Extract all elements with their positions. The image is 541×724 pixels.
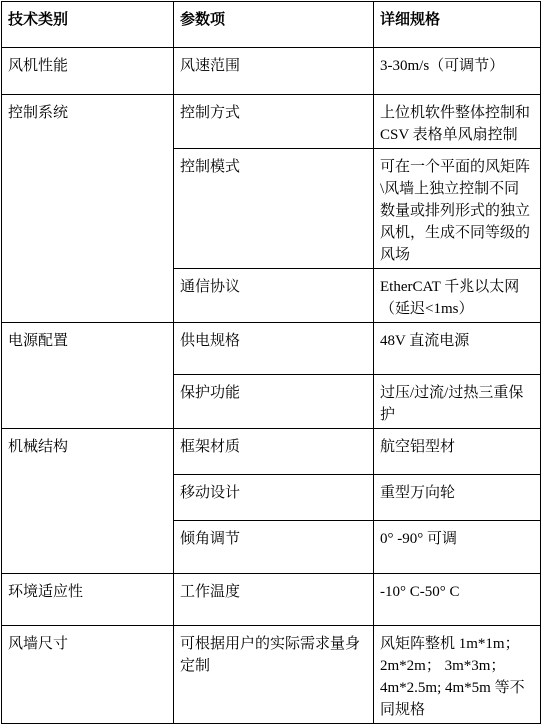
param-cell-communication-protocol: 通信协议 [174,269,374,323]
spec-cell-control-mode: 可在一个平面的风矩阵\风墙上独立控制不同数量或排列形式的独立风机，生成不同等级的… [374,149,541,269]
category-cell-mechanical-structure: 机械结构 [2,429,174,574]
spec-cell-control-method: 上位机软件整体控制和 CSV 表格单风扇控制 [374,95,541,149]
table-row: 机械结构 框架材质 航空铝型材 [2,429,541,475]
document-page: 技术类别 参数项 详细规格 风机性能 风速范围 3-30m/s（可调节） 控制系… [0,0,541,661]
spec-cell-wind-speed-range: 3-30m/s（可调节） [374,48,541,95]
param-cell-customization: 可根据用户的实际需求量身定制 [174,626,374,724]
table-row: 控制系统 控制方式 上位机软件整体控制和 CSV 表格单风扇控制 [2,95,541,149]
param-cell-mobility-design: 移动设计 [174,475,374,521]
spec-cell-tilt-adjustment: 0° -90° 可调 [374,521,541,574]
param-cell-tilt-adjustment: 倾角调节 [174,521,374,574]
param-cell-operating-temperature: 工作温度 [174,574,374,626]
header-cell-spec: 详细规格 [374,2,541,48]
spec-cell-protection-function: 过压/过流/过热三重保护 [374,375,541,429]
param-cell-control-method: 控制方式 [174,95,374,149]
table-row: 电源配置 供电规格 48V 直流电源 [2,323,541,375]
category-cell-control-system: 控制系统 [2,95,174,323]
category-cell-wind-wall-size: 风墙尺寸 [2,626,174,724]
header-cell-parameter: 参数项 [174,2,374,48]
param-cell-protection-function: 保护功能 [174,375,374,429]
table-row: 风机性能 风速范围 3-30m/s（可调节） [2,48,541,95]
table-row: 环境适应性 工作温度 -10° C-50° C [2,574,541,626]
spec-cell-wind-wall-sizes: 风矩阵整机 1m*1m；2m*2m； 3m*3m；4m*2.5m; 4m*5m … [374,626,541,724]
param-cell-control-mode: 控制模式 [174,149,374,269]
category-cell-power-config: 电源配置 [2,323,174,429]
spec-cell-frame-material: 航空铝型材 [374,429,541,475]
spec-cell-communication-protocol: EtherCAT 千兆以太网（延迟<1ms） [374,269,541,323]
param-cell-power-supply-spec: 供电规格 [174,323,374,375]
table-header-row: 技术类别 参数项 详细规格 [2,2,541,48]
spec-cell-power-supply-spec: 48V 直流电源 [374,323,541,375]
spec-cell-operating-temperature: -10° C-50° C [374,574,541,626]
header-cell-category: 技术类别 [2,2,174,48]
category-cell-fan-performance: 风机性能 [2,48,174,95]
param-cell-frame-material: 框架材质 [174,429,374,475]
param-cell-wind-speed-range: 风速范围 [174,48,374,95]
category-cell-environment-adaptability: 环境适应性 [2,574,174,626]
table-row: 风墙尺寸 可根据用户的实际需求量身定制 风矩阵整机 1m*1m；2m*2m； 3… [2,626,541,724]
spec-table: 技术类别 参数项 详细规格 风机性能 风速范围 3-30m/s（可调节） 控制系… [1,1,541,724]
spec-cell-mobility-design: 重型万向轮 [374,475,541,521]
